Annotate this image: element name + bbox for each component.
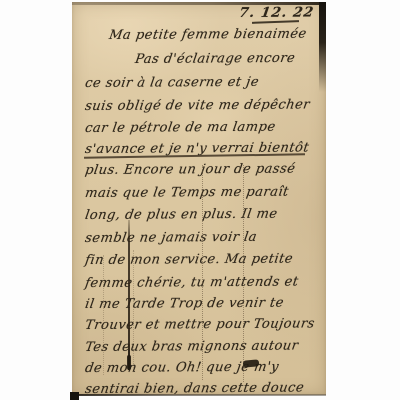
card-top-right-corner-shadow bbox=[319, 2, 326, 92]
letter-line: Tes deux bras mignons autour bbox=[84, 339, 300, 355]
letter-line: il me Tarde Trop de venir te bbox=[84, 296, 285, 312]
letter-date: 7. 12. 22 bbox=[238, 4, 315, 21]
background-object-corner bbox=[70, 392, 79, 400]
card-bottom-edge-shadow bbox=[72, 394, 326, 397]
date-underline bbox=[252, 20, 299, 23]
letter-line: fin de mon service. Ma petite bbox=[84, 252, 294, 268]
crease-dotted-line bbox=[243, 165, 244, 382]
scan-background: 7. 12. 22 Ma petite femme bienaimée Pas … bbox=[0, 0, 400, 400]
letter-salutation: Ma petite femme bienaimée bbox=[108, 27, 308, 43]
letter-line: plus. Encore un jour de passé bbox=[84, 162, 297, 178]
letter-line: long, de plus en plus. Il me bbox=[84, 207, 279, 223]
postcard: 7. 12. 22 Ma petite femme bienaimée Pas … bbox=[72, 2, 326, 395]
ink-blot bbox=[243, 359, 260, 367]
crease-dotted-line bbox=[103, 255, 104, 375]
letter-line: ce soir à la caserne et je bbox=[84, 75, 260, 91]
fold-crease-line bbox=[128, 220, 130, 370]
letter-line: Pas d'éclairage encore bbox=[134, 51, 296, 67]
letter-line: Trouver et mettre pour Toujours bbox=[84, 316, 316, 333]
letter-line: car le pétrole de ma lampe bbox=[84, 120, 277, 136]
letter-line: semble ne jamais voir la bbox=[84, 230, 258, 246]
letter-line: femme chérie, tu m'attends et bbox=[84, 275, 300, 291]
letter-line: mais que le Temps me paraît bbox=[84, 185, 290, 201]
crease-dotted-line bbox=[133, 250, 134, 372]
crease-dotted-line bbox=[202, 165, 203, 380]
letter-line: suis obligé de vite me dépêcher bbox=[84, 97, 311, 114]
